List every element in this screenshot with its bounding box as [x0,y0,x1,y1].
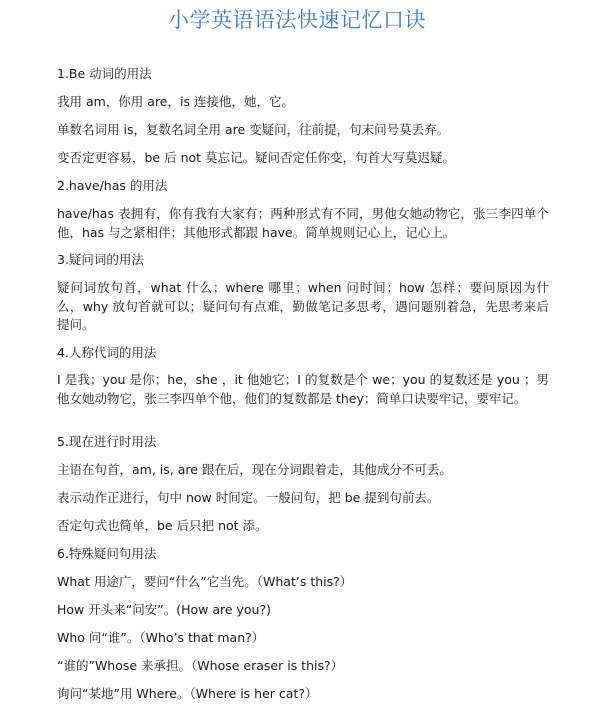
paragraph: 疑问词放句首，what 什么；where 哪里；when 问时间；how 怎样；… [57,279,549,335]
section-heading-be-verb: 1.Be 动词的用法 [57,65,549,84]
text-line: 单数名词用 is，复数名词全用 are 变疑问，往前提，句末问号莫丢弃。 [57,121,549,140]
text-line: 主语在句首，am, is, are 跟在后，现在分词跟着走，其他成分不可丢。 [57,461,549,480]
section-heading-wh-questions: 6.特殊疑问句用法 [57,545,549,564]
text-line: What 用途广，要问“什么”它当先。（What’s this?） [57,573,549,592]
section-heading-pronouns: 4.人称代词的用法 [57,344,549,363]
text-line: Who 问“谁”。（Who’s that man?） [57,629,549,648]
text-line: 询问“某地”用 Where。（Where is her cat?） [57,685,549,704]
paragraph: I 是我；you 是你；he，she ，it 他她它；I 的复数是个 we；yo… [57,371,549,408]
section-heading-question-words: 3.疑问词的用法 [57,251,549,270]
text-line: 否定句式也简单，be 后只把 not 添。 [57,517,549,536]
text-line: 我用 am，你用 are，is 连接他，她，它。 [57,93,549,112]
text-line: 变否定更容易，be 后 not 莫忘记。疑问否定任你变，句首大写莫迟疑。 [57,149,549,168]
text-line: “谁的”Whose 来承担。（Whose eraser is this?） [57,657,549,676]
section-heading-present-continuous: 5.现在进行时用法 [57,433,549,452]
text-line: How 开头来“问安”。(How are you?) [57,601,549,620]
section-heading-have-has: 2.have/has 的用法 [57,177,549,196]
page-title: 小学英语语法快速记忆口诀 [0,6,594,34]
paragraph: have/has 表拥有，你有我有大家有；两种形式有不同，男他女她动物它，张三李… [57,205,549,242]
text-line: 表示动作正进行，句中 now 时间定。一般问句，把 be 提到句前去。 [57,489,549,508]
